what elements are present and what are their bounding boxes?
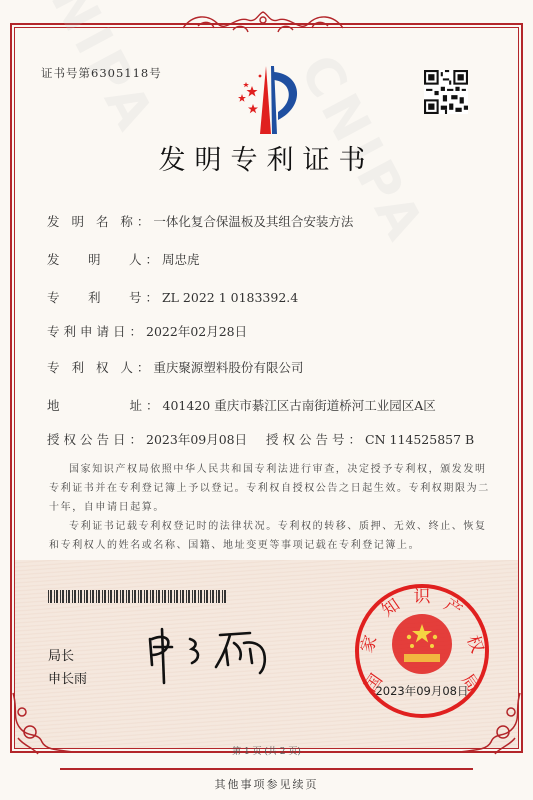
field-label: 专 利 号： bbox=[47, 288, 162, 306]
field-patent-number: 专 利 号：ZL 2022 1 0183392.4 bbox=[47, 288, 298, 306]
field-label: 专 利 权 人： bbox=[47, 358, 153, 376]
field-value: 2022年02月28日 bbox=[146, 322, 247, 340]
field-grant-number: 授权公告号：CN 114525857 B bbox=[266, 430, 474, 448]
field-value: 重庆聚源塑料股份有限公司 bbox=[153, 358, 303, 376]
page-title: 发明专利证书 bbox=[0, 138, 533, 177]
field-label: 授权公告号： bbox=[266, 430, 365, 448]
qr-code-icon[interactable] bbox=[424, 70, 468, 114]
field-inventor: 发 明 人：周忠虎 bbox=[47, 250, 199, 268]
top-ornament-icon bbox=[178, 6, 348, 38]
field-value: 周忠虎 bbox=[162, 250, 200, 268]
field-value: ZL 2022 1 0183392.4 bbox=[162, 290, 298, 305]
field-label: 专利申请日： bbox=[47, 322, 146, 340]
handwritten-signature-icon bbox=[146, 625, 276, 685]
field-value: CN 114525857 B bbox=[365, 432, 474, 447]
cnipa-logo-icon bbox=[222, 62, 318, 136]
field-invention-title: 发 明 名 称：一体化复合保温板及其组合安装方法 bbox=[47, 212, 353, 230]
svg-text:权: 权 bbox=[462, 633, 487, 656]
seal-date: 2023年09月08日 bbox=[375, 684, 468, 698]
field-label: 发 明 名 称： bbox=[47, 212, 153, 230]
svg-text:家: 家 bbox=[357, 633, 382, 656]
field-label: 授权公告日： bbox=[47, 430, 146, 448]
barcode-icon bbox=[48, 590, 228, 603]
field-application-date: 专利申请日：2022年02月28日 bbox=[47, 322, 247, 340]
field-label: 地 址： bbox=[47, 396, 163, 414]
field-value: 2023年09月08日 bbox=[146, 430, 247, 448]
bottom-border-line bbox=[60, 768, 473, 770]
field-address: 地 址：401420 重庆市綦江区古南街道桥河工业园区A区 bbox=[47, 396, 436, 414]
signatory-name: 申长雨 bbox=[48, 668, 87, 687]
field-label: 发 明 人： bbox=[47, 250, 162, 268]
signatory-role: 局长 bbox=[48, 645, 74, 664]
field-value: 401420 重庆市綦江区古南街道桥河工业园区A区 bbox=[163, 396, 436, 414]
legal-paragraph-1: 国家知识产权局依照中华人民共和国专利法进行审查，决定授予专利权，颁发发明专利证书… bbox=[49, 460, 497, 517]
legal-paragraph-2: 专利证书记载专利权登记时的法律状况。专利权的转移、质押、无效、终止、恢复和专利权… bbox=[49, 517, 497, 555]
certificate-number: 证书号第6305118号 bbox=[41, 65, 162, 81]
svg-text:识: 识 bbox=[414, 587, 432, 607]
official-seal-icon: 国 家 知 识 产 权 局 2023年09月08日 bbox=[354, 582, 490, 720]
continuation-note: 其他事项参见续页 bbox=[0, 776, 533, 792]
field-grant-date: 授权公告日：2023年09月08日 bbox=[47, 430, 247, 448]
page-indicator: 第 1 页 (共 2 页) bbox=[0, 744, 533, 757]
field-value: 一体化复合保温板及其组合安装方法 bbox=[153, 212, 353, 230]
field-patentee: 专 利 权 人：重庆聚源塑料股份有限公司 bbox=[47, 358, 303, 376]
